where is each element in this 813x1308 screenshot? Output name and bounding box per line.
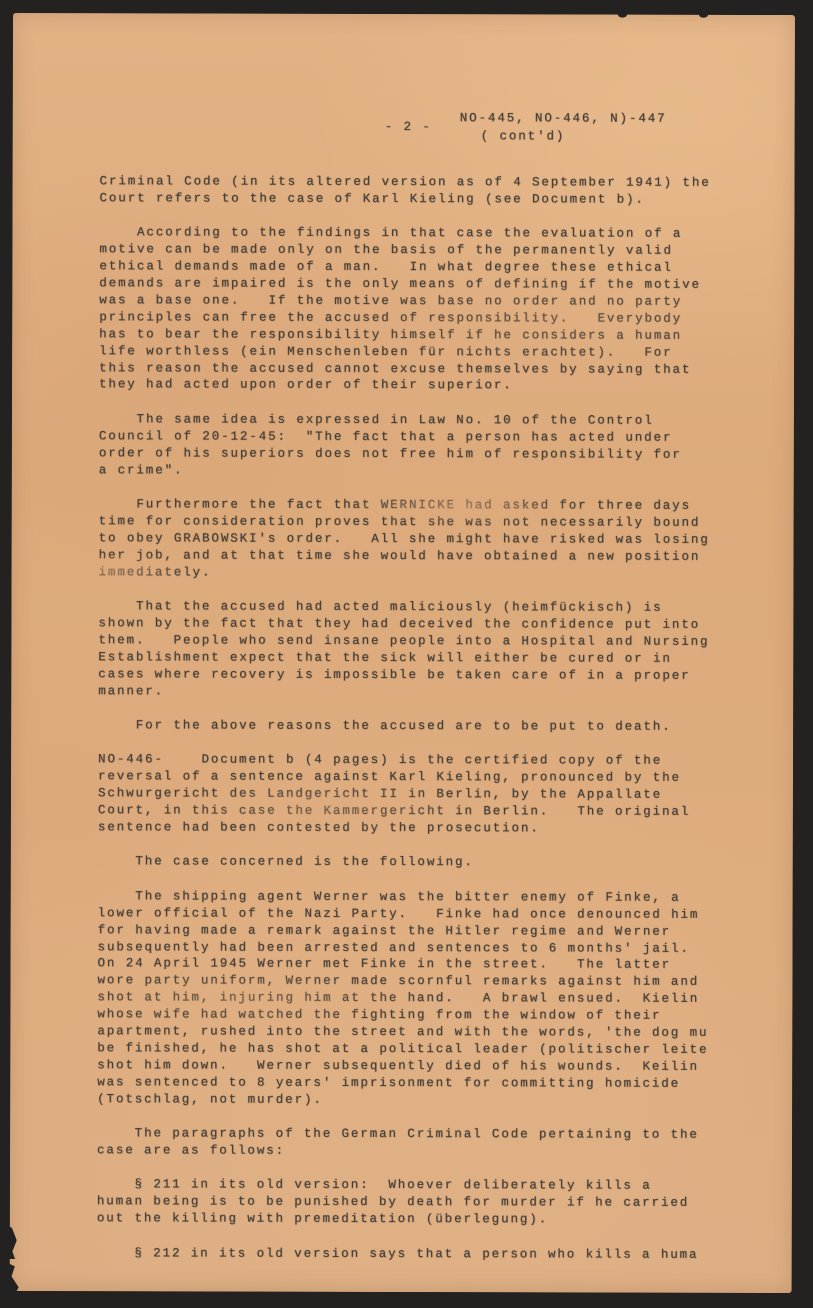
paragraph-3: The same idea is expressed in Law No. 10… xyxy=(99,411,747,480)
paragraph-2: According to the findings in that case t… xyxy=(99,225,747,396)
paragraph-10: The paragraphs of the German Criminal Co… xyxy=(97,1125,745,1161)
paragraph-9: The shipping agent Werner was the bitter… xyxy=(97,888,746,1109)
left-edge-tear xyxy=(6,1225,17,1259)
paragraph-1: Criminal Code (in its altered version as… xyxy=(99,173,747,209)
paragraph-list: Criminal Code (in its altered version as… xyxy=(97,173,748,1281)
top-edge-notch xyxy=(618,12,627,18)
paragraph-12: § 212 in its old version says that a per… xyxy=(97,1245,745,1264)
paragraph-5: That the accused had acted maliciously (… xyxy=(98,598,746,701)
document-reference: NO-445, NO-446, N)-447 xyxy=(460,111,667,126)
paragraph-11: § 211 in its old version: Whoever delibe… xyxy=(97,1177,745,1229)
scanned-document-screenshot: { "document": { "page_number": "- 2 -", … xyxy=(0,0,813,1308)
paragraph-7: NO-446- Document b (4 pages) is the cert… xyxy=(98,752,746,838)
paragraph-8: The case concerned is the following. xyxy=(98,854,746,873)
page-number: - 2 - xyxy=(385,120,432,134)
document-reference-continued: ( cont'd) xyxy=(481,129,566,143)
top-edge-notch xyxy=(699,12,708,18)
paragraph-6: For the above reasons the accused are to… xyxy=(98,717,746,736)
left-edge-tear xyxy=(6,1262,19,1298)
paragraph-4: Furthermore the fact that WERNICKE had a… xyxy=(99,496,747,582)
document-page: - 2 - NO-445, NO-446, N)-447 ( cont'd) C… xyxy=(10,13,795,1293)
